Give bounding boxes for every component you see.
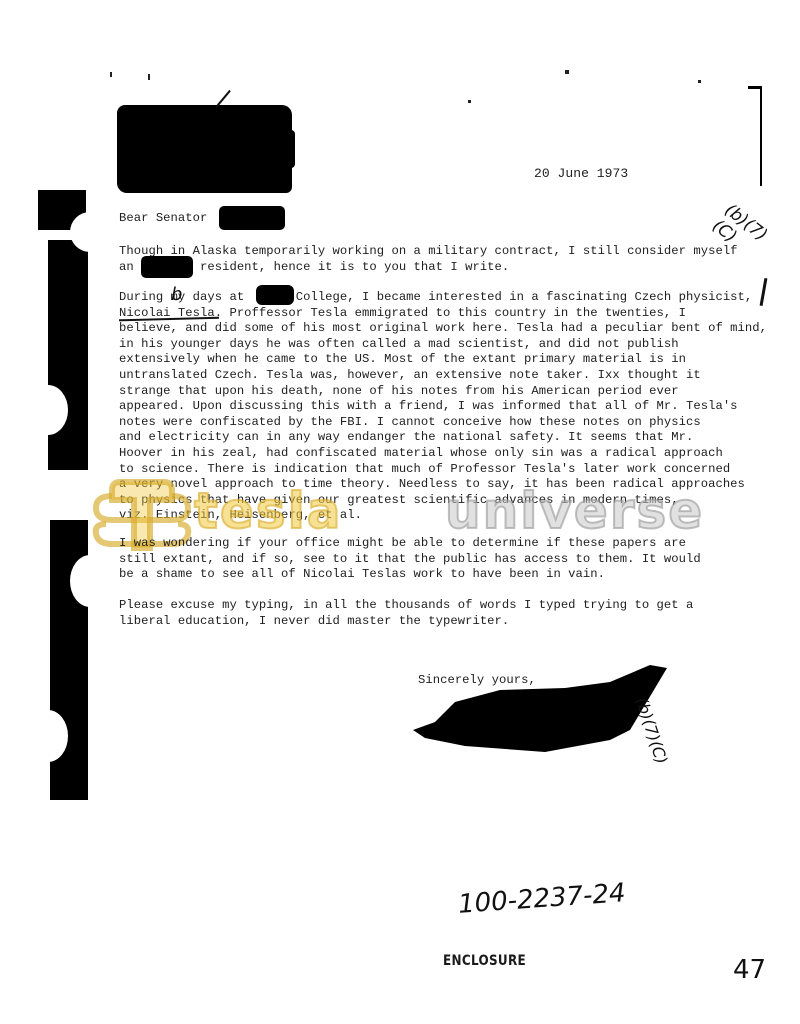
binder-hole bbox=[28, 710, 68, 762]
margin-bracket bbox=[760, 86, 762, 186]
text-line: still extant, and if so, see to it that … bbox=[119, 552, 701, 568]
scan-speck bbox=[565, 70, 569, 74]
binder-hole bbox=[70, 212, 110, 252]
margin-bracket-top bbox=[748, 86, 762, 89]
redaction-college bbox=[256, 285, 294, 305]
file-number: 100-2237-24 bbox=[457, 878, 626, 920]
text-line: I was wondering if your office might be … bbox=[119, 536, 701, 552]
text-line: extensively when he came to the US. Most… bbox=[119, 352, 767, 368]
text-line: Please excuse my typing, in all the thou… bbox=[119, 598, 693, 614]
text-line: notes were confiscated by the FBI. I can… bbox=[119, 415, 767, 431]
scan-speck bbox=[468, 100, 471, 103]
redaction-letterhead-tab bbox=[250, 130, 295, 168]
text-line: believe, and did some of his most origin… bbox=[119, 321, 767, 337]
page-number: 47 bbox=[733, 955, 766, 985]
redaction-senator-name bbox=[219, 206, 285, 230]
text-line: Hoover in his zeal, had confiscated mate… bbox=[119, 446, 767, 462]
text-line: During my days at College, I became inte… bbox=[119, 290, 767, 306]
text-line: be a shame to see all of Nicolai Teslas … bbox=[119, 567, 701, 583]
redaction-state bbox=[141, 256, 193, 278]
watermark-universe: universe bbox=[445, 482, 704, 540]
text-line: liberal education, I never did master th… bbox=[119, 614, 693, 630]
binder-hole bbox=[28, 385, 68, 435]
text-line: and electricity can in any way endanger … bbox=[119, 430, 767, 446]
scan-speck bbox=[110, 72, 112, 77]
margin-mark: b bbox=[171, 284, 182, 305]
paragraph-1: Though in Alaska temporarily working on … bbox=[119, 244, 738, 275]
letter-date: 20 June 1973 bbox=[534, 166, 628, 182]
text-line: strange that upon his death, none of his… bbox=[119, 384, 767, 400]
text-line: untranslated Czech. Tesla was, however, … bbox=[119, 368, 767, 384]
paragraph-3: I was wondering if your office might be … bbox=[119, 536, 701, 583]
salutation: Bear Senator bbox=[119, 211, 207, 227]
text-line: in his younger days he was often called … bbox=[119, 337, 767, 353]
scan-speck bbox=[148, 74, 150, 80]
paragraph-4: Please excuse my typing, in all the thou… bbox=[119, 598, 693, 629]
text-line: Though in Alaska temporarily working on … bbox=[119, 244, 738, 260]
scan-edge-upper bbox=[48, 240, 88, 470]
watermark-tesla: tesla bbox=[194, 482, 342, 540]
binder-hole bbox=[70, 555, 110, 607]
text-line: Nicolai Tesla. Proffessor Tesla emmigrat… bbox=[119, 306, 767, 322]
enclosure-stamp: ENCLOSURE bbox=[443, 952, 526, 969]
text-line: an resident, hence it is to you that I w… bbox=[119, 260, 738, 276]
text-line: appeared. Upon discussing this with a fr… bbox=[119, 399, 767, 415]
scan-speck bbox=[698, 80, 701, 83]
text-line: to science. There is indication that muc… bbox=[119, 462, 767, 478]
